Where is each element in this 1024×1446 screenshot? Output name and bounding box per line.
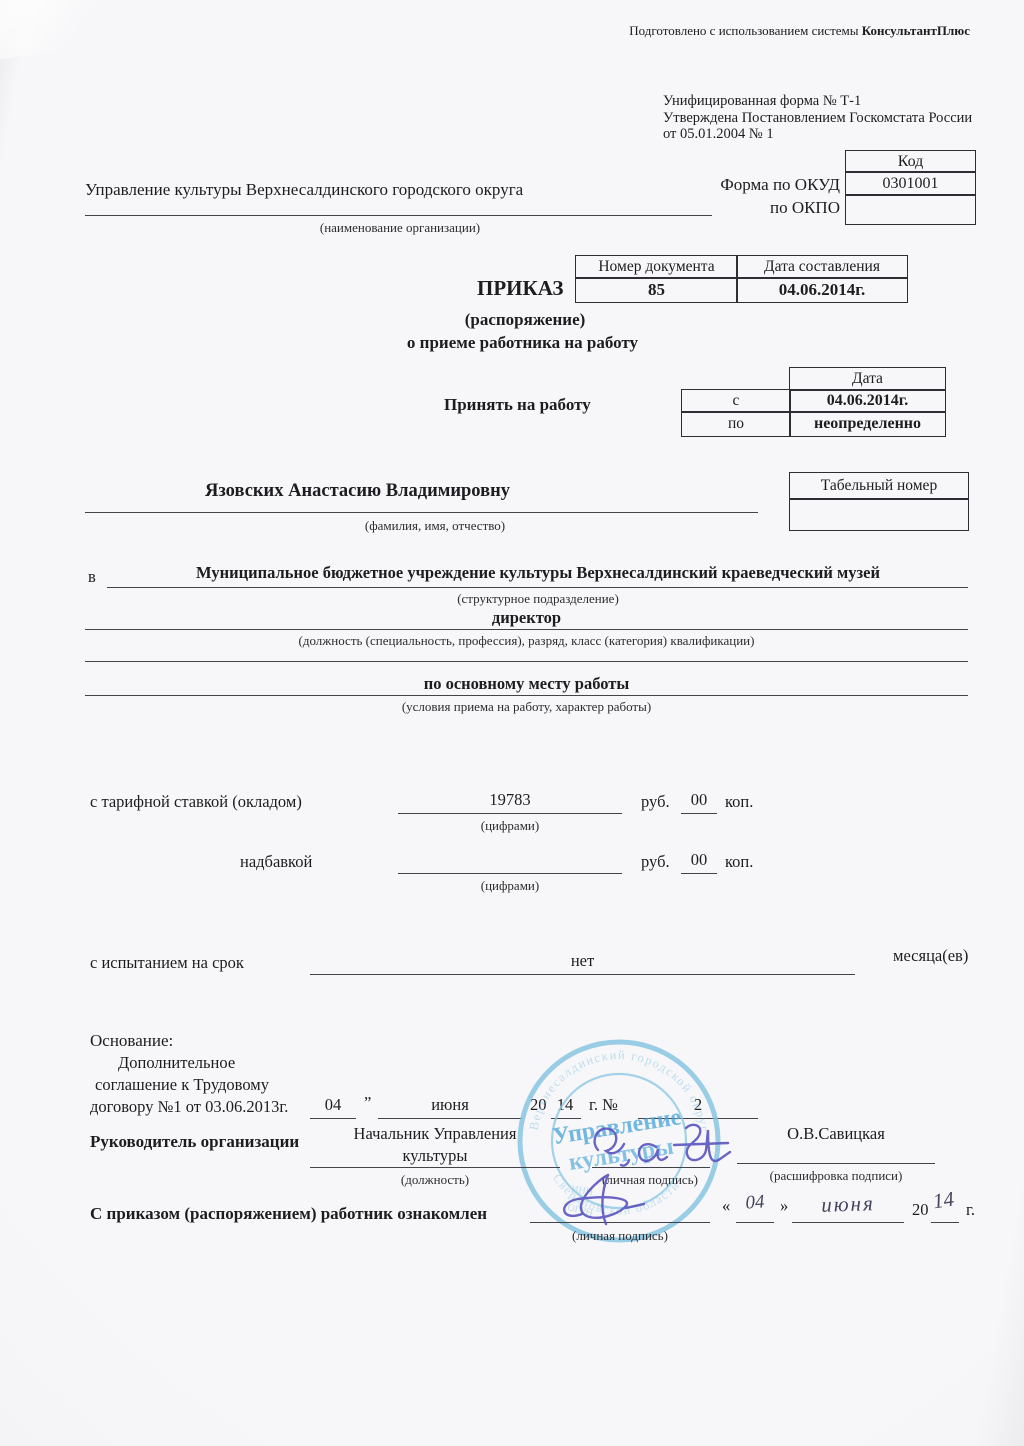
prepared-note: Подготовлено с использованием системы Ко… — [560, 23, 970, 39]
organization-underline — [85, 215, 712, 216]
doc-number-value-cell: 85 — [575, 277, 738, 303]
bonus-kopecks-underline — [681, 873, 717, 874]
head-position-underline — [310, 1167, 560, 1168]
paper-crease — [0, 0, 134, 63]
employee-name-caption: (фамилия, имя, отчество) — [110, 518, 760, 534]
head-name-caption: (расшифровка подписи) — [737, 1168, 935, 1184]
ack-day-handwritten: 04 — [735, 1191, 774, 1216]
order-title: ПРИКАЗ — [477, 276, 563, 301]
rate-kopecks-underline — [681, 813, 717, 814]
organization-caption: (наименование организации) — [110, 220, 690, 236]
ack-month-handwritten: июня — [794, 1190, 903, 1219]
probation-label: с испытанием на срок — [90, 953, 244, 974]
ack-close-quote: » — [780, 1196, 788, 1217]
hire-label: Принять на работу — [444, 394, 591, 415]
okud-label: Форма по ОКУД — [640, 174, 840, 195]
rate-rub-label: руб. — [641, 792, 670, 813]
probation-underline — [310, 974, 855, 975]
head-label: Руководитель организации — [90, 1131, 299, 1152]
department-value: Муниципальное бюджетное учреждение культ… — [108, 563, 968, 584]
code-header-cell: Код — [845, 150, 976, 173]
okud-value-cell: 0301001 — [845, 171, 976, 196]
form-reference-line1: Унифицированная форма № Т-1 — [663, 93, 983, 110]
prepared-note-brand: КонсультантПлюс — [862, 23, 970, 38]
form-reference: Унифицированная форма № Т-1 Утверждена П… — [663, 93, 983, 143]
department-underline — [107, 587, 968, 588]
organization-name: Управление культуры Верхнесалдинского го… — [85, 179, 645, 200]
ack-day-underline — [736, 1222, 774, 1223]
hire-from-label-cell: с — [681, 389, 791, 413]
conditions-value: по основному месту работы — [85, 674, 968, 695]
prepared-note-prefix: Подготовлено с использованием системы — [629, 23, 861, 38]
conditions-underline — [85, 695, 968, 696]
form-reference-line3: от 05.01.2004 № 1 — [663, 126, 983, 143]
bonus-kop-label: коп. — [725, 852, 753, 873]
ack-signature-caption: (личная подпись) — [530, 1228, 710, 1244]
employee-name: Язовских Анастасию Владимировну — [205, 481, 510, 502]
basis-title: Основание: — [90, 1030, 173, 1051]
rate-digits-caption: (цифрами) — [398, 818, 622, 834]
ack-month-underline — [792, 1222, 904, 1223]
hire-date-header-cell: Дата — [789, 367, 946, 391]
ack-label: С приказом (распоряжением) работник озна… — [90, 1203, 487, 1224]
ack-open-quote: « — [722, 1196, 730, 1217]
position-caption: (должность (специальность, профессия), р… — [85, 633, 968, 649]
in-label: в — [88, 567, 96, 588]
basis-line2: соглашение к Трудовому — [95, 1075, 269, 1096]
bonus-underline — [398, 873, 622, 874]
basis-quote: ” — [364, 1093, 371, 1114]
rate-label: с тарифной ставкой (окладом) — [90, 792, 302, 813]
position-value: директор — [85, 608, 968, 629]
conditions-caption: (условия приема на работу, характер рабо… — [85, 699, 968, 715]
basis-day-value: 04 — [312, 1095, 354, 1116]
bonus-rub-label: руб. — [641, 852, 670, 873]
order-subtitle1: (распоряжение) — [420, 309, 630, 330]
doc-date-header-cell: Дата составления — [736, 255, 908, 279]
ack-year-prefix: 20 — [912, 1200, 929, 1221]
basis-month-underline — [378, 1118, 522, 1119]
department-caption: (структурное подразделение) — [108, 591, 968, 607]
hire-to-value-cell: неопределенно — [789, 411, 946, 437]
form-reference-line2: Утверждена Постановлением Госкомстата Ро… — [663, 110, 983, 127]
position-underline — [85, 629, 968, 630]
position-extra-underline — [85, 661, 968, 662]
personnel-number-value-cell — [789, 498, 969, 531]
head-name-underline — [737, 1163, 935, 1164]
ack-g-label: г. — [966, 1200, 975, 1221]
basis-day-underline — [310, 1118, 356, 1119]
basis-month-value: июня — [378, 1095, 522, 1116]
hire-to-label-cell: по — [681, 411, 791, 437]
bonus-kopecks-value: 00 — [683, 850, 715, 871]
ack-year-underline — [931, 1222, 959, 1223]
head-name: О.В.Савицкая — [737, 1124, 935, 1145]
doc-date-value-cell: 04.06.2014г. — [736, 277, 908, 303]
scanned-document-page: Подготовлено с использованием системы Ко… — [0, 0, 1024, 1446]
rate-kop-label: коп. — [725, 792, 753, 813]
probation-value: нет — [310, 951, 855, 972]
employee-name-underline — [85, 512, 758, 513]
head-position-caption: (должность) — [310, 1172, 560, 1188]
probation-months-label: месяца(ев) — [893, 946, 968, 967]
ack-year-handwritten: 14 — [931, 1187, 955, 1215]
hire-from-value-cell: 04.06.2014г. — [789, 389, 946, 413]
basis-line3: договору №1 от 03.06.2013г. — [90, 1097, 288, 1118]
head-signature-ink — [582, 1114, 732, 1174]
personnel-number-header-cell: Табельный номер — [789, 472, 969, 500]
rate-kopecks-value: 00 — [683, 790, 715, 811]
doc-number-header-cell: Номер документа — [575, 255, 738, 279]
order-subtitle2: о приеме работника на работу — [350, 332, 695, 353]
head-position-line2: культуры — [310, 1146, 560, 1167]
worker-signature-ink — [552, 1168, 672, 1230]
rate-value: 19783 — [398, 790, 622, 811]
head-position-line1: Начальник Управления — [310, 1124, 560, 1145]
bonus-label: надбавкой — [240, 852, 312, 873]
rate-underline — [398, 813, 622, 814]
basis-line1: Дополнительное — [118, 1053, 235, 1074]
okpo-value-cell — [845, 194, 976, 225]
bonus-digits-caption: (цифрами) — [398, 878, 622, 894]
